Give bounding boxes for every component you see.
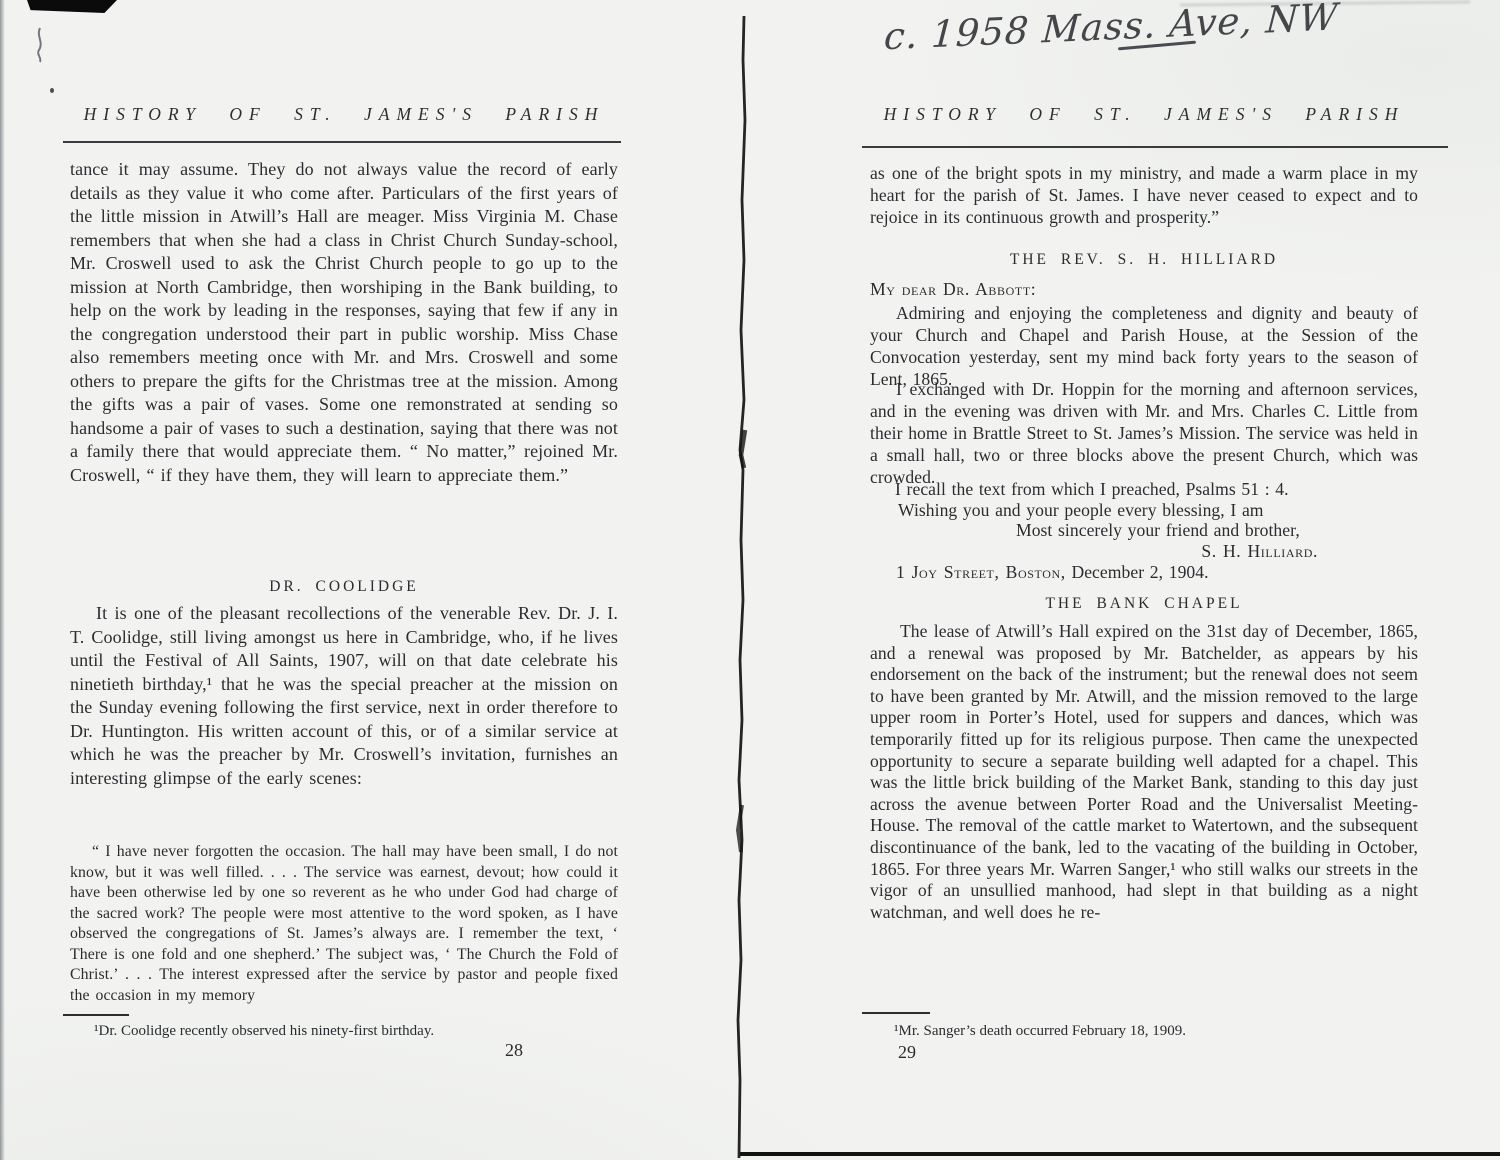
letter-closing: Most sincerely your friend and brother, (870, 519, 1418, 541)
left-section-heading: DR. COOLIDGE (70, 578, 618, 596)
left-quote-block: “ I have never forgotten the occasion. T… (70, 842, 618, 1006)
bank-chapel-paragraph: The lease of Atwill’s Hall expired on th… (870, 621, 1418, 923)
left-page-number: 28 (70, 1040, 618, 1061)
left-footnote-rule (63, 1014, 129, 1016)
right-head-rule (862, 146, 1448, 148)
letter-address-date: December 2, 1904. (1066, 562, 1209, 582)
right-footnote-rule (862, 1012, 930, 1014)
letter-address: 1 Joy Street, Boston, December 2, 1904. (870, 561, 1418, 583)
right-page-number: 29 (898, 1042, 916, 1063)
left-footnote: ¹Dr. Coolidge recently observed his nine… (70, 1022, 618, 1041)
letter-paragraph-1: Admiring and enjoying the completeness a… (870, 302, 1418, 390)
hilliard-heading: THE REV. S. H. HILLIARD (870, 251, 1418, 269)
left-section-paragraph: It is one of the pleasant recollections … (70, 602, 618, 790)
letter-paragraph-2: I exchanged with Dr. Hoppin for the morn… (870, 378, 1418, 488)
left-head-rule (63, 141, 621, 143)
right-footnote: ¹Mr. Sanger’s death occurred February 18… (870, 1022, 1418, 1041)
letter-line-psalms: I recall the text from which I preached,… (870, 478, 1418, 500)
letter-salutation: My dear Dr. Abbott: (870, 278, 1418, 300)
letter-line-wishing: Wishing you and your people every blessi… (870, 499, 1418, 521)
scan-bottom-edge-line (740, 1152, 1500, 1156)
letter-signature: S. H. Hilliard. (870, 540, 1418, 562)
right-running-head: HISTORY OF ST. JAMES'S PARISH (870, 104, 1418, 125)
book-scan-page: c. 1958 Mass. Ave, NW HISTORY OF ST. JAM… (0, 0, 1500, 1160)
right-paragraph-continuation: as one of the bright spots in my ministr… (870, 162, 1418, 228)
left-running-head: HISTORY OF ST. JAMES'S PARISH (70, 104, 618, 125)
left-paragraph-continuation: tance it may assume. They do not always … (70, 158, 618, 487)
bank-chapel-heading: THE BANK CHAPEL (870, 595, 1418, 613)
letter-address-street: 1 Joy Street, Boston, (896, 562, 1066, 582)
